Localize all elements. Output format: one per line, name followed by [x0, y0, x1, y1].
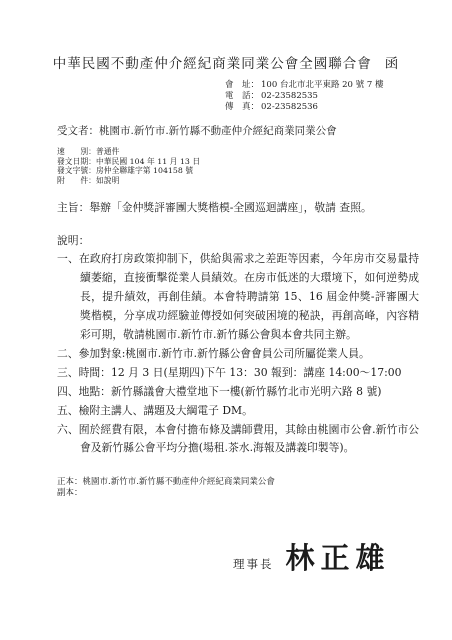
subject-value: 舉辦「金仲獎評審團大獎楷模-全國巡迴講座」，敬請 查照。: [89, 201, 371, 214]
description-heading: 說明：: [57, 233, 452, 249]
ref-number-value: 房仲全聯雄字第 104158 號: [96, 166, 193, 175]
meta-priority-row: 速 別：普通件: [57, 147, 422, 157]
doc-type-label: 函: [385, 56, 400, 72]
original-label: 正本：: [57, 477, 83, 487]
subject-line: 主旨：舉辦「金仲獎評審團大獎楷模-全國巡迴講座」，敬請 查照。: [57, 200, 419, 216]
description-item-2: 二、參加對象:桃園市.新竹市.新竹縣公會會員公司所屬從業人員。: [57, 345, 419, 364]
address-value: 100 台北市北平東路 20 號 7 樓: [261, 80, 383, 90]
meta-date-row: 發文日期：中華民國 104 年 11 月 13 日: [57, 157, 422, 167]
item-number: 一、: [57, 252, 79, 265]
item-text: 時間：12 月 3 日(星期四)下午 13：30 報到：講座 14:00～17:…: [79, 366, 402, 379]
original-value: 桃園市.新竹市.新竹縣不動產仲介經紀商業同業公會: [83, 477, 275, 487]
item-text: 檢附主講人、講題及大綱電子 DM。: [79, 404, 253, 417]
priority-value: 普通件: [96, 147, 119, 156]
contact-block: 會 址：100 台北市北平東路 20 號 7 樓 電 話：02-23582535…: [225, 80, 422, 113]
meta-refno-row: 發文字號：房仲全聯雄字第 104158 號: [57, 166, 422, 176]
item-text: 在政府打房政策抑制下，供給與需求之差距等因素，今年房市交易量持續萎縮，直接衝擊從…: [79, 252, 419, 341]
item-number: 五、: [57, 404, 79, 417]
fax-value: 02-23582536: [261, 102, 318, 112]
description-item-5: 五、檢附主講人、講題及大綱電子 DM。: [57, 402, 419, 421]
phone-value: 02-23582535: [261, 91, 318, 101]
item-number: 二、: [57, 347, 79, 360]
contact-address-row: 會 址：100 台北市北平東路 20 號 7 樓: [225, 80, 422, 91]
meta-attachment-row: 附 件：如說明: [57, 176, 422, 186]
original-copy-line: 正本：桃園市.新竹市.新竹縣不動產仲介經紀商業同業公會: [57, 477, 422, 488]
ref-number-label: 發文字號：: [57, 166, 96, 175]
copy-label: 副本：: [57, 488, 83, 498]
item-text: 參加對象:桃園市.新竹市.新竹縣公會會員公司所屬從業人員。: [79, 347, 370, 360]
description-item-4: 四、地點：新竹縣議會大禮堂地下一樓(新竹縣竹北市光明六路 8 號): [57, 383, 419, 402]
issue-date-label: 發文日期：: [57, 157, 96, 166]
item-text: 地點：新竹縣議會大禮堂地下一樓(新竹縣竹北市光明六路 8 號): [79, 385, 382, 398]
fax-label: 傳 真：: [225, 102, 259, 112]
official-letter-document: 中華民國不動產仲介經紀商業同業公會全國聯合會函 會 址：100 台北市北平東路 …: [0, 0, 452, 640]
issue-date-value: 中華民國 104 年 11 月 13 日: [96, 157, 200, 166]
phone-label: 電 話：: [225, 91, 259, 101]
address-label: 會 址：: [225, 80, 259, 90]
description-list: 一、在政府打房政策抑制下，供給與需求之差距等因素，今年房市交易量持續萎縮，直接衝…: [57, 250, 419, 458]
contact-fax-row: 傳 真：02-23582536: [225, 102, 422, 113]
attachment-value: 如說明: [96, 176, 119, 185]
signature-block: 理事長 林正雄: [233, 536, 452, 577]
priority-label: 速 別：: [57, 147, 96, 156]
description-item-1: 一、在政府打房政策抑制下，供給與需求之差距等因素，今年房市交易量持續萎縮，直接衝…: [57, 250, 419, 345]
recipient-label: 受文者：: [57, 125, 99, 137]
description-item-3: 三、時間：12 月 3 日(星期四)下午 13：30 報到：講座 14:00～1…: [57, 364, 419, 383]
meta-block: 速 別：普通件 發文日期：中華民國 104 年 11 月 13 日 發文字號：房…: [57, 147, 422, 185]
attachment-label: 附 件：: [57, 176, 96, 185]
carbon-copy-line: 副本：: [57, 488, 422, 499]
item-number: 六、: [57, 423, 79, 436]
recipient-line: 受文者：桃園市.新竹市.新竹縣不動產仲介經紀商業同業公會: [57, 123, 422, 138]
chairman-signature: 林正雄: [286, 536, 391, 577]
document-title: 中華民國不動產仲介經紀商業同業公會全國聯合會函: [0, 0, 452, 72]
org-name: 中華民國不動產仲介經紀商業同業公會全國聯合會: [53, 56, 372, 72]
recipient-value: 桃園市.新竹市.新竹縣不動產仲介經紀商業同業公會: [99, 125, 337, 137]
description-item-6: 六、囿於經費有限，本會付擔布條及講師費用，其餘由桃園市公會.新竹市公會及新竹縣公…: [57, 421, 419, 459]
subject-label: 主旨：: [57, 201, 89, 214]
item-number: 三、: [57, 366, 79, 379]
item-number: 四、: [57, 385, 79, 398]
chairman-title: 理事長: [233, 556, 274, 572]
distribution-block: 正本：桃園市.新竹市.新竹縣不動產仲介經紀商業同業公會 副本：: [57, 477, 422, 499]
contact-phone-row: 電 話：02-23582535: [225, 91, 422, 102]
item-text: 囿於經費有限，本會付擔布條及講師費用，其餘由桃園市公會.新竹市公會及新竹縣公會平…: [79, 423, 419, 455]
